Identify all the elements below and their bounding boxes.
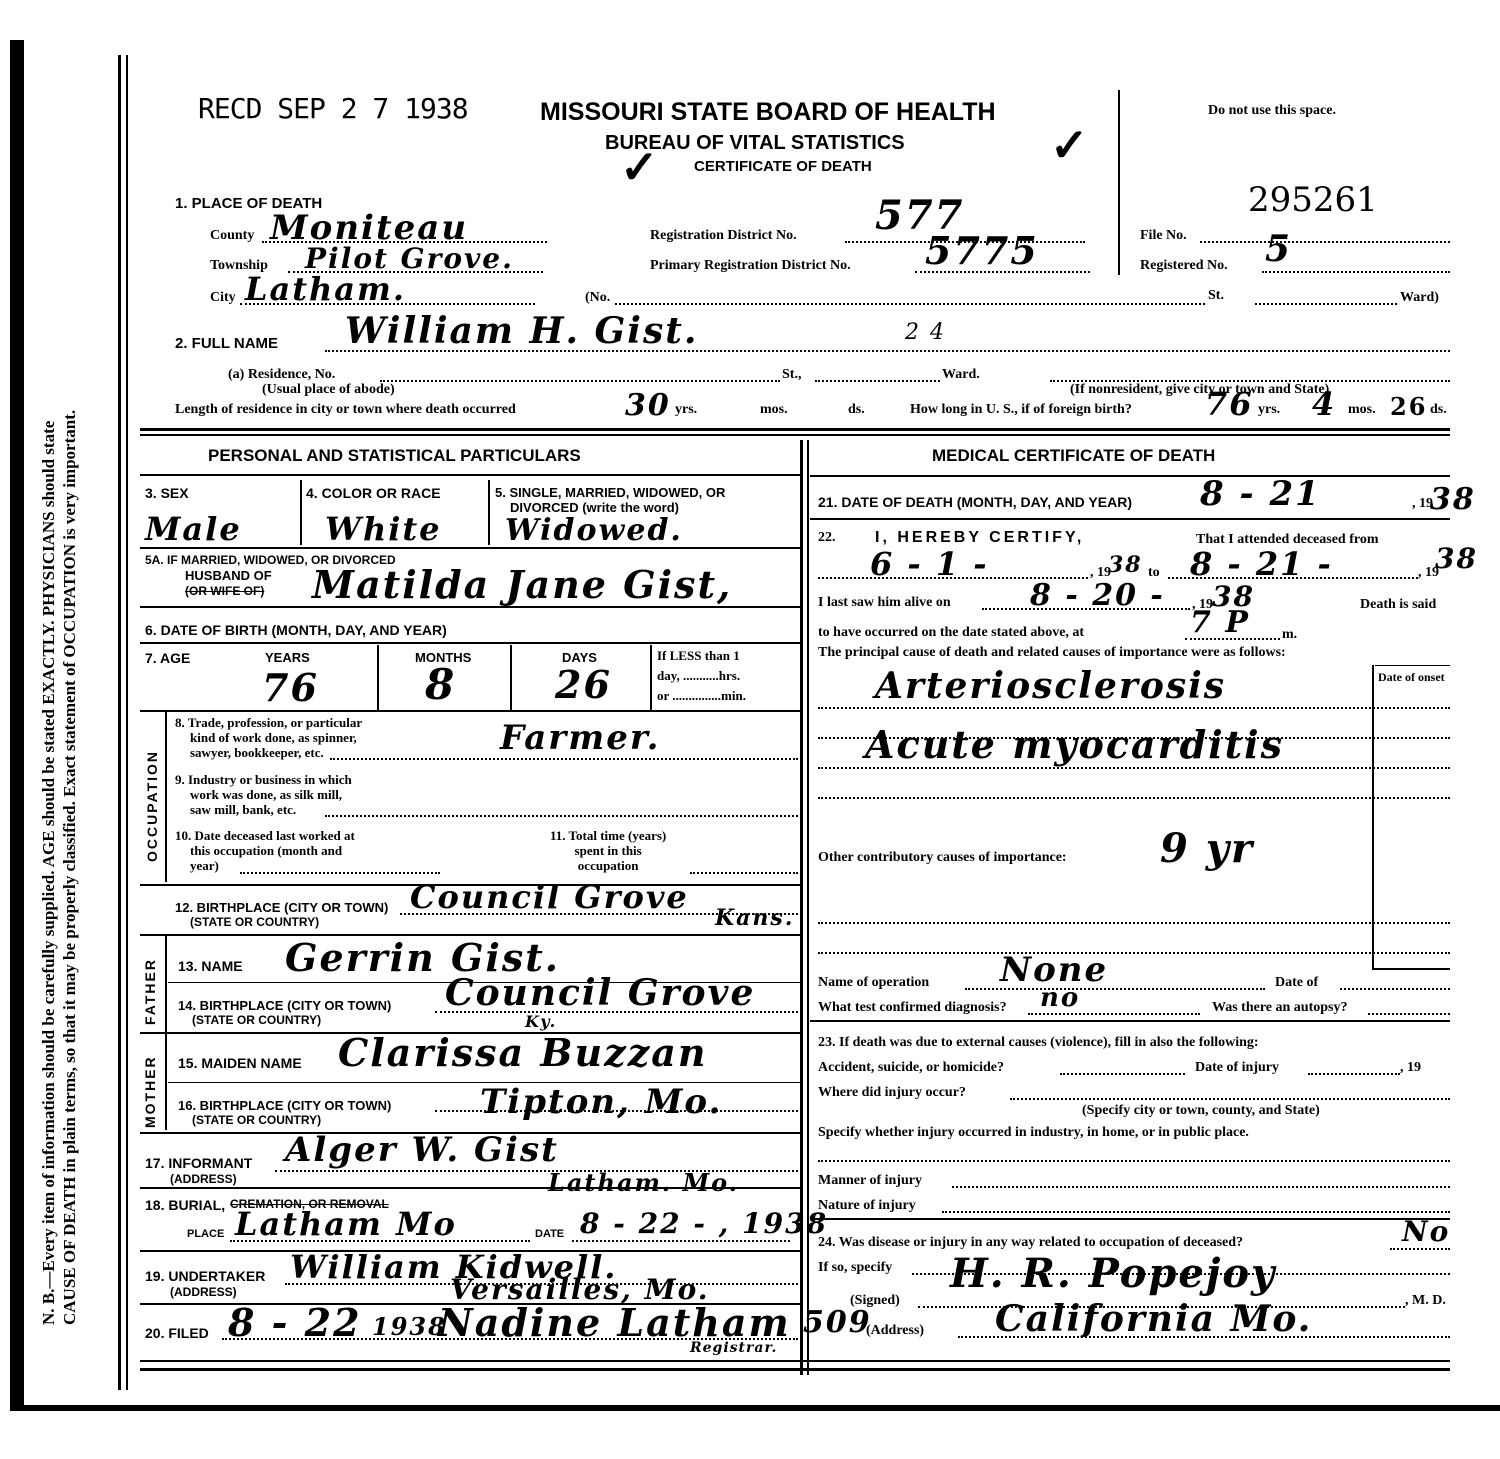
autopsy-line	[1368, 1013, 1450, 1015]
house-no-label: (No.	[585, 290, 610, 306]
residence-ward-label: Ward.	[942, 367, 980, 383]
operation-label: Name of operation	[818, 975, 929, 991]
margin-note-line-1: N. B.—Every item of information should b…	[38, 410, 59, 1325]
race-label: 4. COLOR OR RACE	[306, 485, 441, 501]
age-years-divider	[377, 645, 379, 710]
total-time-label-1: 11. Total time (years)	[550, 828, 666, 843]
race-value[interactable]: White	[325, 510, 442, 548]
file-no-label: File No.	[1140, 228, 1187, 244]
occurred-time-value[interactable]: 7 P	[1190, 605, 1250, 640]
manner-line	[952, 1186, 1450, 1188]
burial-date-line	[572, 1240, 790, 1242]
occupation-side-label: OCCUPATION	[144, 750, 160, 862]
injury-date-label: Date of injury	[1195, 1060, 1279, 1076]
length-of-residence-label: Length of residence in city or town wher…	[175, 402, 516, 418]
birthplace-state-label: (STATE OR COUNTRY)	[190, 915, 319, 929]
length-of-residence-years[interactable]: 30	[625, 388, 671, 423]
mother-maiden-label: 15. MAIDEN NAME	[178, 1055, 302, 1071]
less-than-label-1: If LESS than 1	[657, 648, 740, 664]
do-not-use-note: Do not use this space.	[1208, 103, 1336, 119]
age-months-value[interactable]: 8	[425, 660, 456, 709]
trade-value[interactable]: Farmer.	[500, 718, 660, 758]
cause-line-1	[818, 707, 1450, 709]
divider-operation	[810, 1020, 1450, 1022]
burial-date-label: DATE	[535, 1228, 564, 1240]
death-said-label: Death is said	[1360, 597, 1436, 613]
occupation-related-value[interactable]: No	[1402, 1215, 1450, 1248]
margin-note: N. B.—Every item of information should b…	[38, 410, 80, 1325]
date-of-onset-label: Date of onset	[1378, 670, 1445, 685]
onset-top-line	[1375, 665, 1450, 666]
specify-whether-line	[818, 1160, 1450, 1162]
dod-year-value[interactable]: 38	[1430, 482, 1476, 517]
us-months-value[interactable]: 4	[1312, 385, 1336, 423]
divider-marital	[140, 547, 800, 549]
where-injury-label: Where did injury occur?	[818, 1085, 966, 1101]
industry-line	[325, 815, 798, 817]
father-birthplace-state-value[interactable]: Ky.	[525, 1012, 557, 1031]
operation-date-line	[1340, 988, 1450, 990]
registration-district-label: Registration District No.	[650, 228, 797, 244]
trade-label: 8. Trade, profession, or particular kind…	[175, 715, 362, 760]
where-injury-line	[1010, 1098, 1450, 1100]
total-time-label-3: occupation	[550, 858, 666, 873]
industry-label-2: work was done, as silk mill,	[175, 787, 352, 802]
filed-date-value[interactable]: 8 - 22	[228, 1300, 362, 1345]
residence-line	[380, 380, 780, 382]
last-saw-label: I last saw him alive on	[818, 595, 951, 611]
full-name-annotation: 2 4	[905, 320, 946, 345]
scan-border-bottom	[10, 1405, 1500, 1411]
attended-from-year[interactable]: 38	[1108, 552, 1143, 578]
informant-address-value[interactable]: Latham. Mo.	[548, 1168, 739, 1197]
test-value[interactable]: no	[1040, 983, 1080, 1013]
registrar-label: Registrar.	[690, 1340, 777, 1356]
informant-name-value[interactable]: Alger W. Gist	[285, 1130, 559, 1170]
nature-label: Nature of injury	[818, 1198, 916, 1214]
file-stamp-number: 295261	[1248, 180, 1378, 220]
personal-section-title: PERSONAL AND STATISTICAL PARTICULARS	[208, 446, 581, 466]
attended-from-value[interactable]: 6 - 1 -	[870, 545, 989, 583]
cause-line-3	[818, 767, 1450, 769]
residence-label: (a) Residence, No.	[228, 367, 335, 383]
less-than-label-3: or ...............min.	[657, 688, 746, 704]
attended-to-value[interactable]: 8 - 21 -	[1190, 545, 1333, 583]
margin-number: 509	[803, 1305, 872, 1340]
registered-no-line	[1262, 271, 1450, 273]
mother-birthplace-value[interactable]: Tipton, Mo.	[480, 1082, 722, 1122]
divider-dod	[810, 518, 1450, 520]
informant-label: 17. INFORMANT	[145, 1155, 252, 1171]
occupation-side-divider	[165, 712, 167, 882]
age-days-divider	[650, 645, 652, 710]
occupation-related-label: 24. Was disease or injury in any way rel…	[818, 1235, 1243, 1251]
length-ds-label: ds.	[848, 402, 865, 418]
total-time-label-2: spent in this	[550, 843, 666, 858]
other-causes-value[interactable]: 9 yr	[1160, 825, 1254, 872]
cause-line-4	[818, 797, 1450, 799]
physician-address-label: (Address)	[866, 1323, 924, 1339]
principal-cause-label: The principal cause of death and related…	[818, 645, 1286, 661]
onset-bottom-line	[1372, 968, 1450, 970]
city-label: City	[210, 290, 236, 306]
county-label: County	[210, 228, 254, 244]
age-years-label: YEARS	[265, 650, 310, 665]
burial-place-label: PLACE	[187, 1228, 224, 1240]
specify-whether-label: Specify whether injury occurred in indus…	[818, 1125, 1249, 1141]
ward-line	[1255, 303, 1397, 305]
spouse-label-2: HUSBAND OF	[185, 568, 272, 583]
test-label: What test confirmed diagnosis?	[818, 1000, 1007, 1016]
street-label: St.	[1208, 288, 1224, 304]
mother-birthplace-label: 16. BIRTHPLACE (CITY OR TOWN)	[178, 1098, 391, 1113]
trade-label-1: 8. Trade, profession, or particular	[175, 715, 362, 730]
father-side-label: FATHER	[142, 958, 158, 1025]
specify-city-note: (Specify city or town, county, and State…	[1082, 1103, 1320, 1119]
onset-divider	[1372, 665, 1374, 970]
dob-label: 6. DATE OF BIRTH (MONTH, DAY, AND YEAR)	[145, 622, 447, 638]
father-birthplace-state-label: (STATE OR COUNTRY)	[192, 1013, 321, 1027]
us-ds-label: ds.	[1430, 402, 1447, 418]
sex-value[interactable]: Male	[145, 510, 242, 548]
undertaker-label: 19. UNDERTAKER	[145, 1268, 265, 1284]
spouse-value[interactable]: Matilda Jane Gist,	[312, 562, 732, 607]
primary-registration-value[interactable]: 5775	[925, 228, 1039, 273]
header-divider	[1118, 90, 1120, 275]
last-worked-line	[240, 872, 440, 874]
last-worked-label: 10. Date deceased last worked at this oc…	[175, 828, 355, 873]
divider-bottom-thick	[140, 1368, 1450, 1371]
father-side-divider	[165, 936, 167, 1032]
certify-number: 22.	[818, 530, 836, 546]
file-no-line	[1200, 241, 1450, 243]
physician-address-value[interactable]: California Mo.	[995, 1298, 1312, 1340]
nonresident-note: (If nonresident, give city or town and S…	[1070, 382, 1329, 398]
divider-dob	[140, 642, 800, 644]
mother-side-divider	[165, 1034, 167, 1130]
cause-1-value[interactable]: Arteriosclerosis	[875, 665, 1226, 707]
primary-registration-label: Primary Registration District No.	[650, 258, 851, 274]
divider-top-inner	[140, 434, 1450, 436]
us-yrs-label: yrs.	[1258, 402, 1280, 418]
residence-street-label: St.,	[782, 367, 801, 383]
margin-note-line-2: CAUSE OF DEATH in plain terms, so that i…	[59, 410, 80, 1325]
age-months-divider	[510, 645, 512, 710]
divider-bottom	[140, 1360, 1450, 1362]
burial-place-value[interactable]: Latham Mo	[235, 1205, 457, 1243]
divider-age	[140, 710, 800, 712]
md-label: , M. D.	[1405, 1293, 1446, 1309]
city-value[interactable]: Latham.	[245, 270, 406, 308]
other-line-2	[818, 952, 1450, 954]
industry-label-1: 9. Industry or business in which	[175, 772, 352, 787]
age-label: 7. AGE	[145, 650, 190, 666]
age-years-value[interactable]: 76	[262, 665, 319, 710]
divider-spouse	[140, 606, 800, 608]
form-border-left	[118, 55, 121, 1390]
us-days-value[interactable]: 26	[1390, 392, 1427, 421]
residence-ward-line	[815, 380, 940, 382]
mother-birthplace-state-label: (STATE OR COUNTRY)	[192, 1113, 321, 1127]
filed-label: 20. FILED	[145, 1325, 209, 1341]
us-years-value[interactable]: 76	[1205, 385, 1254, 423]
father-name-label: 13. NAME	[178, 958, 243, 974]
other-line-1	[818, 922, 1450, 924]
birthplace-state-value[interactable]: Kans.	[715, 905, 794, 931]
marital-label-1: 5. SINGLE, MARRIED, WIDOWED, OR	[495, 485, 725, 500]
last-saw-value[interactable]: 8 - 20 -	[1030, 578, 1165, 613]
usual-abode-note: (Usual place of abode)	[262, 382, 395, 398]
burial-label: 18. BURIAL,	[145, 1197, 225, 1213]
sex-divider	[300, 480, 302, 545]
filed-year-value[interactable]: 1938	[372, 1312, 447, 1341]
dod-label: 21. DATE OF DEATH (MONTH, DAY, AND YEAR)	[818, 494, 1132, 510]
trade-label-2: kind of work done, as spinner,	[175, 730, 362, 745]
us-mos-label: mos.	[1348, 402, 1376, 418]
divider-informant	[140, 1187, 800, 1189]
divider-top	[140, 428, 1450, 431]
father-birthplace-label: 14. BIRTHPLACE (CITY OR TOWN)	[178, 998, 391, 1013]
spouse-label-3: (OR WIFE OF)	[185, 584, 264, 598]
registered-no-value[interactable]: 5	[1265, 228, 1292, 270]
last-worked-label-2: this occupation (month and	[175, 843, 355, 858]
industry-label: 9. Industry or business in which work wa…	[175, 772, 352, 817]
occurred-label: to have occurred on the date stated abov…	[818, 625, 1084, 641]
meridiem-label: m.	[1282, 627, 1297, 643]
injury-date-line	[1308, 1073, 1400, 1075]
if-so-label: If so, specify	[818, 1260, 892, 1276]
divider-injury	[810, 1218, 1450, 1220]
check-mark-1: ✓	[620, 140, 661, 194]
external-causes-label: 23. If death was due to external causes …	[818, 1035, 1259, 1051]
sex-label: 3. SEX	[145, 485, 189, 501]
certificate-title: CERTIFICATE OF DEATH	[694, 158, 872, 175]
trade-line	[330, 758, 798, 760]
nature-line	[942, 1211, 1450, 1213]
last-worked-label-3: year)	[175, 858, 355, 873]
accident-line	[1060, 1073, 1185, 1075]
occupation-related-line	[1390, 1248, 1450, 1250]
attended-to-year[interactable]: 38	[1435, 542, 1478, 575]
divider-personal	[140, 474, 800, 476]
length-yrs-label: yrs.	[675, 402, 697, 418]
test-line	[1028, 1013, 1200, 1015]
dod-value[interactable]: 8 - 21	[1200, 474, 1321, 514]
burial-date-value[interactable]: 8 - 22 - , 1938	[580, 1207, 828, 1240]
mother-side-label: MOTHER	[142, 1055, 158, 1128]
birthplace-label: 12. BIRTHPLACE (CITY OR TOWN)	[175, 900, 388, 915]
other-causes-label: Other contributory causes of importance:	[818, 850, 1067, 866]
autopsy-label: Was there an autopsy?	[1212, 1000, 1347, 1016]
physician-signature[interactable]: H. R. Popejoy	[950, 1250, 1276, 1297]
form-title: MISSOURI STATE BOARD OF HEALTH	[540, 98, 996, 127]
length-mos-label: mos.	[760, 402, 788, 418]
ward-label: Ward)	[1400, 290, 1439, 306]
age-days-value[interactable]: 26	[555, 662, 612, 707]
full-name-label: 2. FULL NAME	[175, 335, 278, 352]
birthplace-value[interactable]: Council Grove	[410, 878, 689, 916]
last-worked-label-1: 10. Date deceased last worked at	[175, 828, 355, 843]
divider-medical	[810, 475, 1450, 477]
foreign-birth-label: How long in U. S., if of foreign birth?	[910, 402, 1132, 418]
mother-maiden-value[interactable]: Clarissa Buzzan	[338, 1030, 708, 1075]
marital-value[interactable]: Widowed.	[505, 513, 683, 548]
scan-border-left	[10, 40, 24, 1410]
injury-year-label: , 19	[1400, 1060, 1421, 1076]
form-border-left-inner	[126, 55, 128, 1390]
street-line	[615, 303, 1205, 305]
race-divider	[488, 480, 490, 545]
registered-no-label: Registered No.	[1140, 258, 1228, 274]
received-stamp: RECD SEP 2 7 1938	[198, 92, 468, 125]
full-name-value[interactable]: William H. Gist.	[345, 310, 698, 352]
operation-date-label: Date of	[1275, 975, 1318, 991]
registrar-signature[interactable]: Nadine Latham	[438, 1300, 791, 1345]
informant-address-label: (ADDRESS)	[170, 1172, 237, 1186]
undertaker-address-label: (ADDRESS)	[170, 1285, 237, 1299]
less-than-label-2: day, ...........hrs.	[657, 668, 740, 684]
medical-section-title: MEDICAL CERTIFICATE OF DEATH	[932, 446, 1215, 466]
father-birthplace-value[interactable]: Council Grove	[445, 972, 755, 1014]
total-time-label: 11. Total time (years) spent in this occ…	[550, 828, 666, 873]
accident-label: Accident, suicide, or homicide?	[818, 1060, 1004, 1076]
total-time-line	[690, 872, 798, 874]
cause-2-value[interactable]: Acute myocarditis	[865, 722, 1284, 767]
check-mark-2: ✓	[1050, 118, 1091, 172]
manner-label: Manner of injury	[818, 1173, 922, 1189]
